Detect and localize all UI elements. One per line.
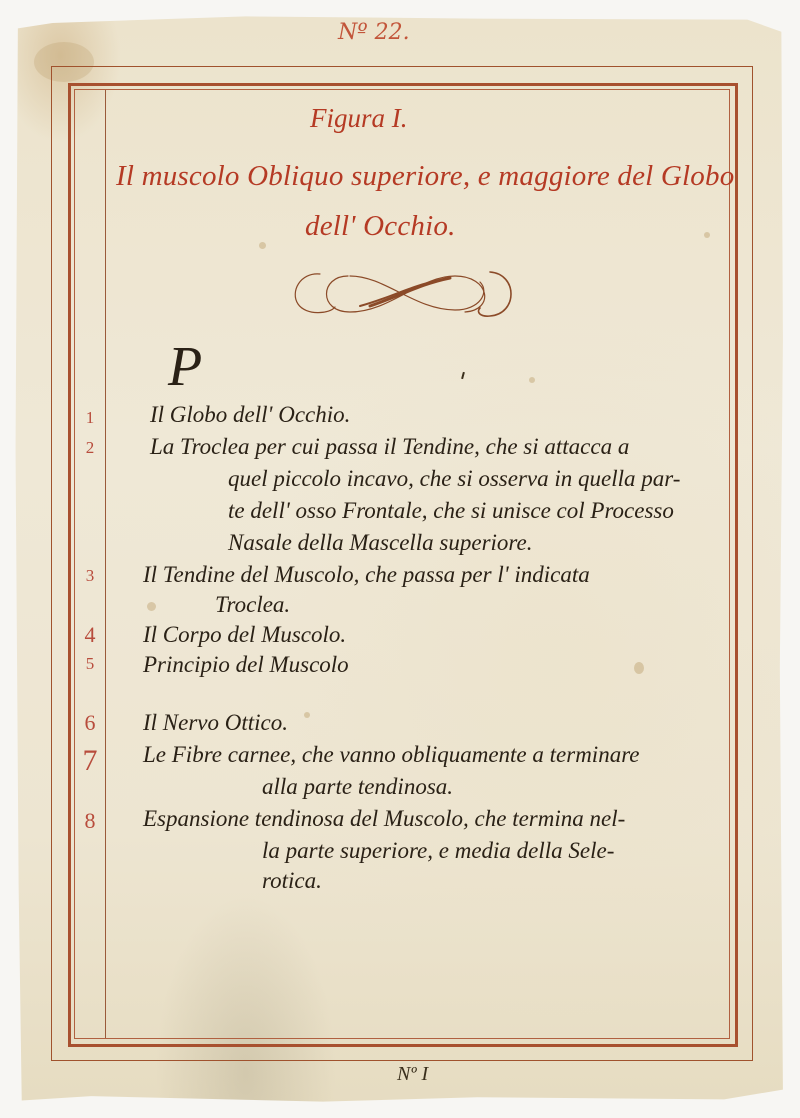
entry-number-1: 1 (75, 408, 105, 428)
entry-7-line-2: alla parte tendinosa. (262, 774, 453, 800)
entry-7-line-1: Le Fibre carnee, che vanno obliquamente … (143, 742, 640, 768)
title-line-2: dell' Occhio. (305, 210, 456, 243)
entry-2-line-2: quel piccolo incavo, che si osserva in q… (228, 466, 680, 492)
entry-number-8: 8 (75, 808, 105, 834)
entry-number-4: 4 (75, 622, 105, 648)
entry-1-line-1: Il Globo dell' Occhio. (150, 402, 350, 428)
title-line-1: Il muscolo Obliquo superiore, e maggiore… (116, 160, 734, 193)
entry-2-line-4: Nasale della Mascella superiore. (228, 530, 533, 556)
entry-6-line-1: Il Nervo Ottico. (143, 710, 288, 736)
entry-8-line-1: Espansione tendinosa del Muscolo, che te… (143, 806, 625, 832)
figure-label: Figura I. (310, 103, 408, 134)
entry-3-line-1: Il Tendine del Muscolo, che passa per l'… (143, 562, 590, 588)
entry-number-3: 3 (75, 566, 105, 586)
entry-number-6: 6 (75, 710, 105, 736)
margin-rule (105, 90, 106, 1038)
flourish-ornament-icon (290, 262, 520, 322)
entry-2-line-3: te dell' osso Frontale, che si unisce co… (228, 498, 674, 524)
entry-number-7: 7 (75, 744, 105, 778)
entry-2-line-1: La Troclea per cui passa il Tendine, che… (150, 434, 629, 460)
entry-number-2: 2 (75, 438, 105, 458)
entry-3-line-2: Troclea. (215, 592, 290, 618)
entry-number-5: 5 (75, 654, 105, 674)
entry-4-line-1: Il Corpo del Muscolo. (143, 622, 346, 648)
entry-8-line-2: la parte superiore, e media della Sele- (262, 838, 614, 864)
decorative-initial: P (168, 335, 202, 399)
entry-8-line-3: rotica. (262, 868, 322, 894)
page-footer-number: Nº I (397, 1063, 428, 1086)
entry-5-line-1: Principio del Muscolo (143, 652, 349, 678)
catalog-number: Nº 22. (338, 20, 410, 45)
